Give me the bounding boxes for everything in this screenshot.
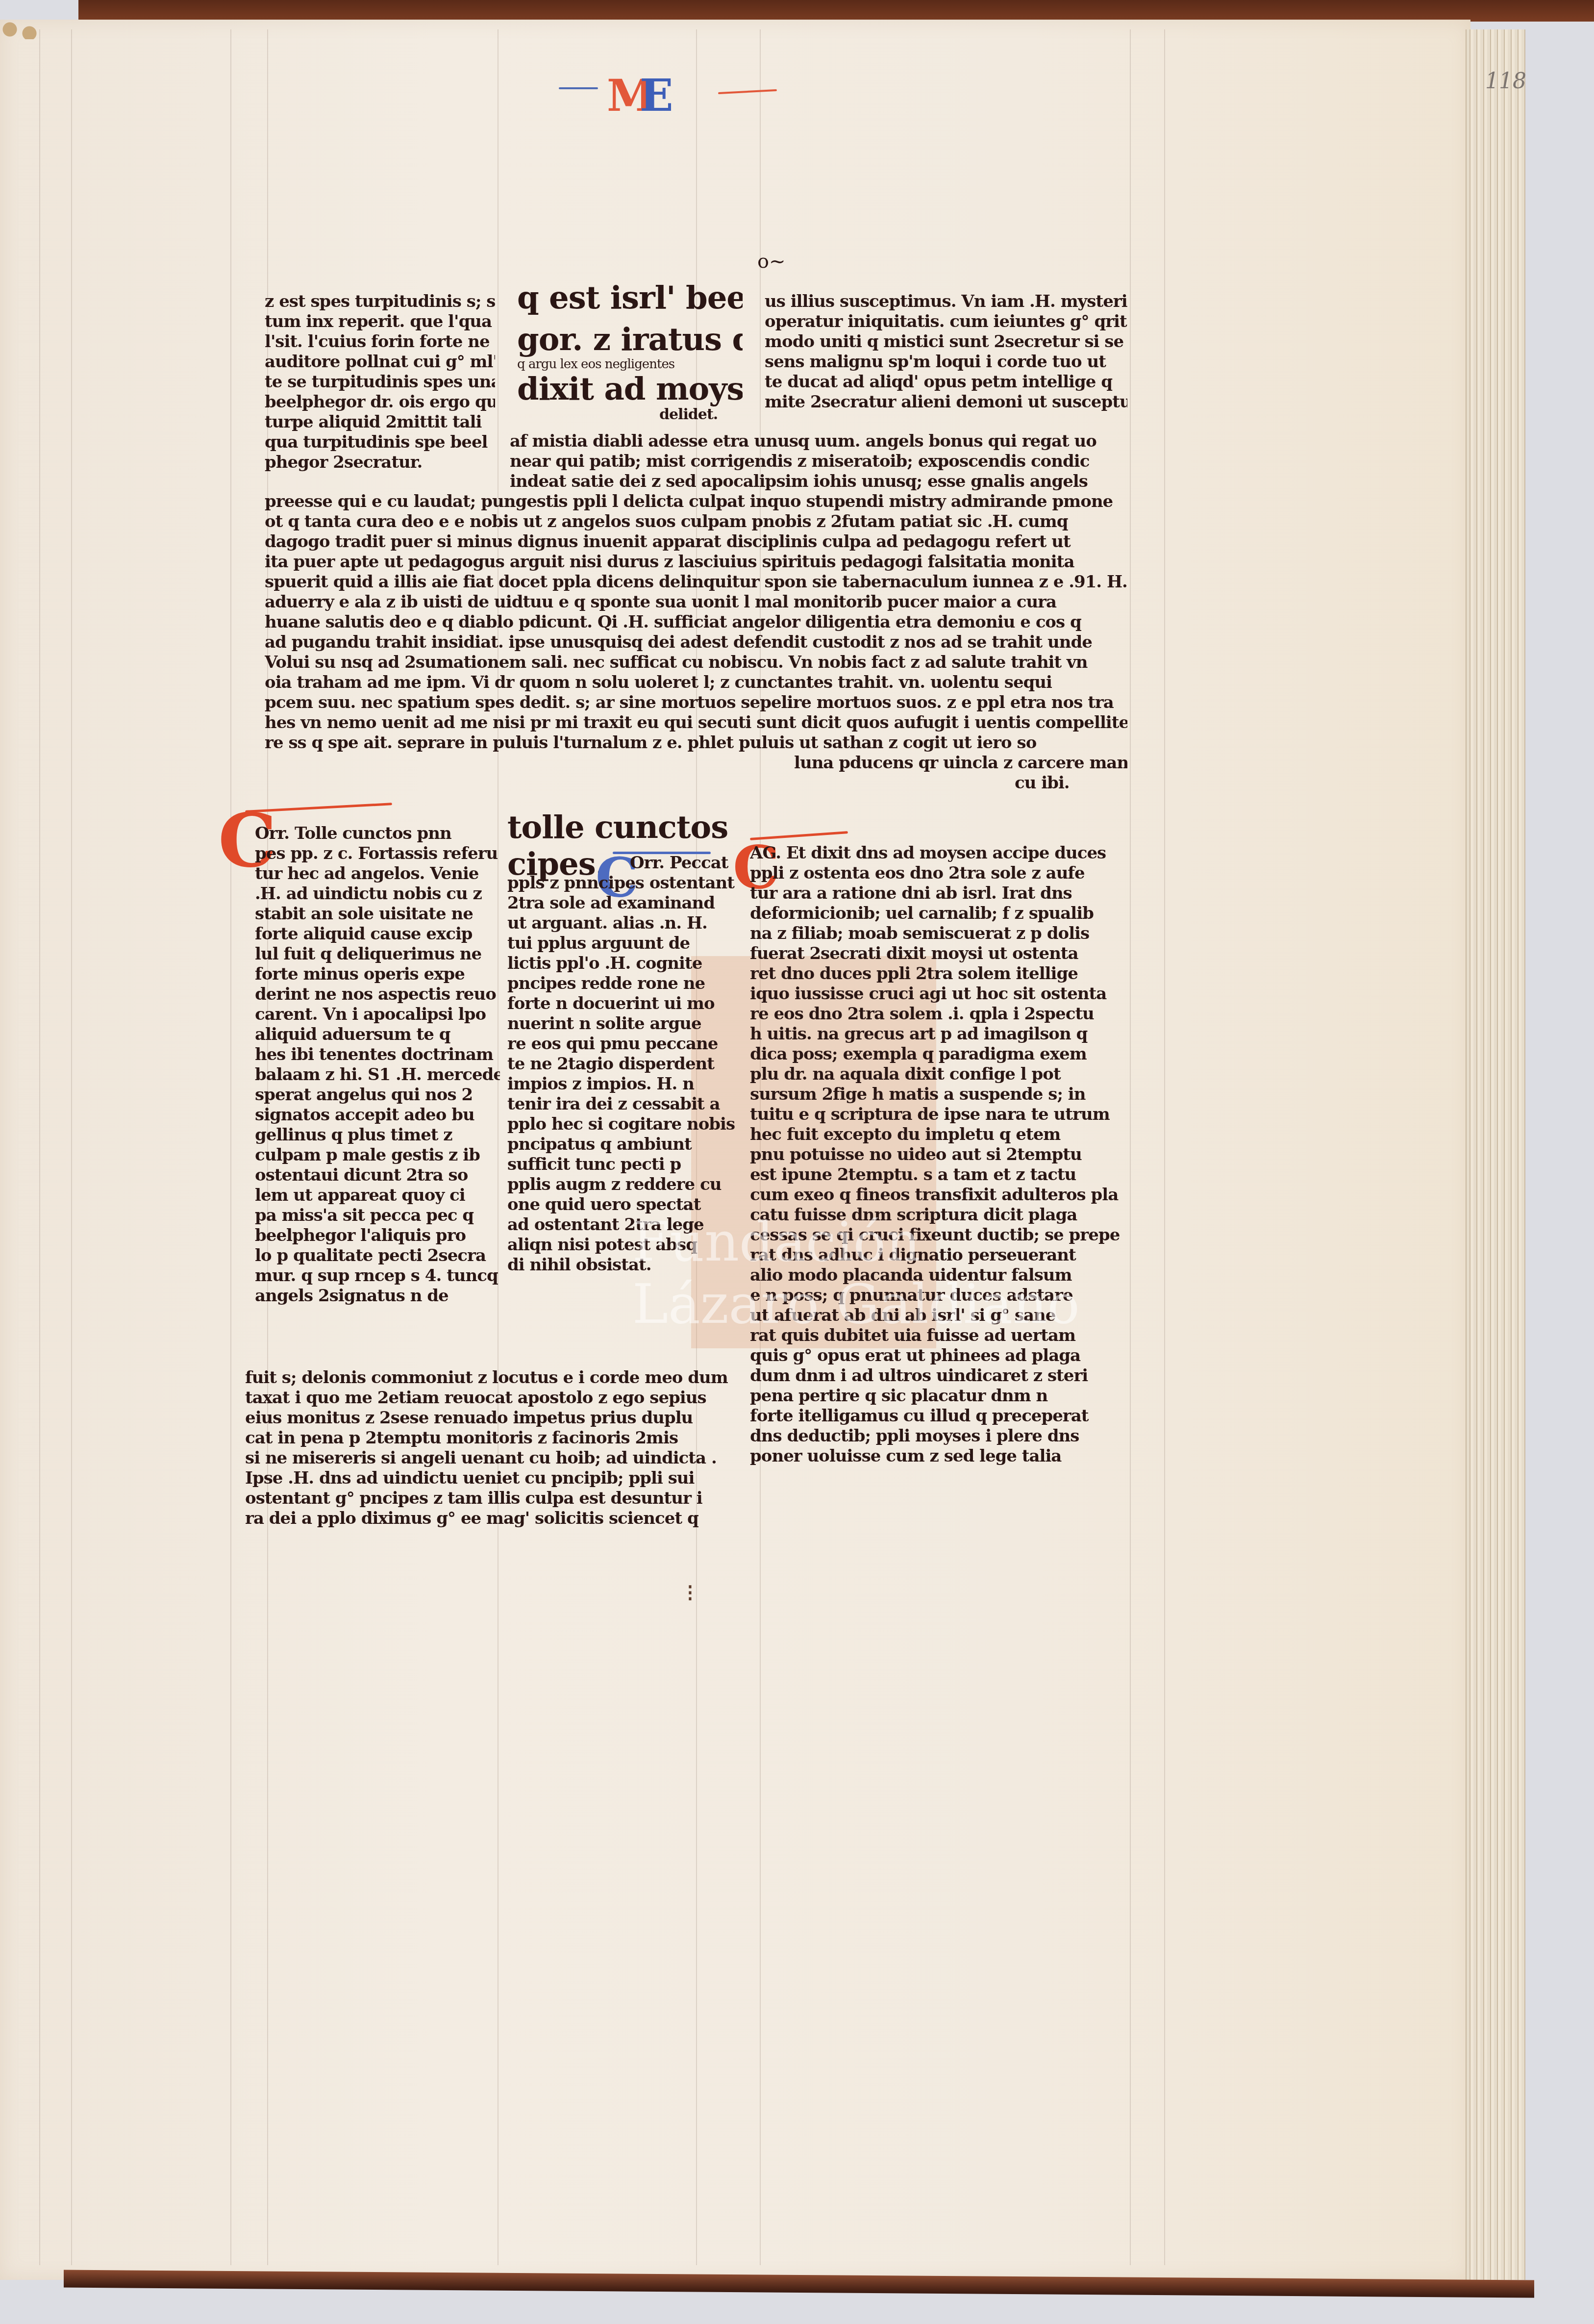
gloss-line: pplo hec si cogitare nobis [507,1114,738,1135]
gloss-line: catu fuisse dnm scriptura dicit plaga [750,1205,1132,1225]
gloss-line: te ducat ad aliqd' opus petm intellige q [765,372,1127,392]
gloss-line: turpe aliquid 2mittit tali [265,412,495,432]
gloss-line: spuerit quid a illis aie fiat docet ppla… [265,572,1127,592]
gloss-line: ra dei a pplo diximus g° ee mag' solicit… [245,1509,735,1529]
gloss-line: preesse qui e cu laudat; pungestis ppli … [265,492,1127,512]
gloss-line: rat dns adhuc i dignatio perseuerant [750,1245,1132,1265]
running-head: M E [549,64,823,137]
gloss-line: dum dnm i ad ultros uindicaret z steri [750,1366,1132,1386]
running-head-letter-e: E [640,74,673,118]
gloss-line: e n poss; q pnunnatur duces adstare [750,1286,1132,1306]
gloss-line: tuitu e q scriptura de ipse nara te utru… [750,1105,1132,1125]
gloss-line: modo uniti q mistici sunt 2secretur si s… [765,332,1127,352]
gloss-line: tur hec ad angelos. Venie [255,864,500,884]
gloss-line: culpam p male gestis z ib [255,1145,500,1165]
gloss-line: signatos accepit adeo bu [255,1105,500,1125]
gloss-line: alio modo placanda uidentur falsum [750,1265,1132,1286]
gloss-line: operatur iniquitatis. cum ieiuntes g° qr… [765,312,1127,332]
gloss-line: re eos qui pmu peccane [507,1034,738,1054]
gloss-line: si ne misereris si angeli uenant cu hoib… [245,1448,735,1468]
gloss-line: beelphegor l'aliquis pro [255,1226,500,1246]
gloss-line: ut arguant. alias .n. H. [507,913,738,934]
gloss-full-width: af mistia diabli adesse etra unusq uum. … [265,431,1127,793]
gloss-line: taxat i quo me 2etiam reuocat apostolo z… [245,1388,735,1408]
gloss-line: re ss q spe ait. seprare in puluis l'tur… [265,733,1127,753]
gloss-line: huane salutis deo e q diablo pdicunt. Qi… [265,612,1127,632]
gloss-line: lem ut appareat quoy ci [255,1186,500,1206]
gloss-line: z est spes turpitudinis s; scp [265,292,495,312]
gloss-line: aliquid aduersum te q [255,1025,500,1045]
gloss-line: beelphegor dr. ois ergo qui [265,392,495,412]
gloss-line: est ipune 2temptu. s a tam et z tactu [750,1165,1132,1185]
gloss-line: tui pplus arguunt de [507,934,738,954]
main-text-line: dixit ad moysen. [517,371,743,407]
gloss-line: Volui su nsq ad 2sumationem sali. nec su… [265,653,1127,673]
gloss-line: cat in pena p 2temptu monitoris z facino… [245,1428,735,1448]
page-deckle-edge [0,20,54,39]
gloss-line: ppli z ostenta eos dno 2tra sole z aufe [750,863,1132,884]
gloss-line: dica poss; exempla q paradigma exem [750,1044,1132,1064]
gloss-line: nuerint n solite argue [507,1014,738,1034]
gloss-line: angels 2signatus n de [255,1286,500,1306]
main-text-line: tolle cunctos pn [507,809,738,846]
gloss-section-3: AG. Et dixit dns ad moysen accipe duces … [750,843,1132,1466]
gloss-line: ret dno duces ppli 2tra solem itellige [750,964,1132,984]
gloss-line: near qui patib; mist corrigendis z miser… [265,452,1127,472]
gloss-line: deformicionib; uel carnalib; f z spualib [750,904,1132,924]
gloss-line: sens malignu sp'm loqui i corde tuo ut [765,352,1127,372]
gloss-line: pcem suu. nec spatium spes dedit. s; ar … [265,693,1127,713]
gloss-line: impios z impios. H. n [507,1074,738,1094]
gloss-line: lo p qualitate pecti 2secra [255,1246,500,1266]
gloss-line: te ne 2tagio disperdent [507,1054,738,1074]
gloss-line: cum exeo q fineos transfixit adulteros p… [750,1185,1132,1205]
gloss-line: quis g° opus erat ut phinees ad plaga [750,1346,1132,1366]
gloss-line: af mistia diabli adesse etra unusq uum. … [265,431,1127,452]
book-cover-top [78,0,1594,22]
gloss-line: fuerat 2secrati dixit moysi ut ostenta [750,944,1132,964]
gloss-line: ut afuerat ab dni ab isrl' si g° sane [750,1306,1132,1326]
gloss-line: pncipes redde rone ne [507,974,738,994]
gloss-line: na z filiab; moab semiscuerat z p dolis [750,924,1132,944]
gloss-line: h uitis. na grecus art p ad imagilson q [750,1024,1132,1044]
marginal-word: delidet. [517,407,743,422]
gloss-line: l'sit. l'cuius forin forte ne [265,332,495,352]
gloss-line: forte itelligamus cu illud q preceperat [750,1406,1132,1426]
gloss-line: gellinus q plus timet z [255,1125,500,1145]
gloss-line: iquo iussisse cruci agi ut hoc sit osten… [750,984,1132,1004]
top-mark: o~ [757,250,786,273]
gloss-line: ot q tanta cura deo e e nobis ut z angel… [265,512,1127,532]
gloss-line: forte minus operis expe [255,964,500,985]
folio-number: 118 [1485,69,1526,94]
gloss-line: lictis ppl'o .H. cognite [507,954,738,974]
gloss-line: hes ibi tenentes doctrinam [255,1045,500,1065]
gloss-line: balaam z hi. S1 .H. mercede [255,1065,500,1085]
gloss-line: lul fuit q deliquerimus ne [255,944,500,964]
gloss-line: one quid uero spectat [507,1195,738,1215]
gloss-line: .H. ad uindictu nobis cu z [255,884,500,904]
gloss-line: sperat angelus qui nos 2 [255,1085,500,1105]
gloss-line: stabit an sole uisitate ne [255,904,500,924]
gloss-line: dns deductib; ppli moyses i plere dns [750,1426,1132,1446]
main-text-top: q est isrl' beelphe gor. z iratus dns q … [517,279,743,422]
gloss-line: poner uoluisse cum z sed lege talia [750,1446,1132,1466]
gloss-line: ad pugandu trahit insidiat. ipse unusqui… [265,632,1127,653]
gloss-line: Ipse .H. dns ad uindictu ueniet cu pncip… [245,1468,735,1489]
book-fore-edge [1466,29,1525,2280]
gloss-line: oia traham ad me ipm. Vi dr quom n solu … [265,673,1127,693]
gloss-line: fuit s; delonis commoniut z locutus e i … [245,1368,735,1388]
interlinear-gloss: q argu lex eos negligentes [517,358,743,371]
gloss-line: hes vn nemo uenit ad me nisi pr mi traxi… [265,713,1127,733]
gloss-line: forte n docuerint ui mo [507,994,738,1014]
gloss-line: luna pducens qr uincla z carcere manent [265,753,1127,773]
gloss-line: pplis augm z reddere cu [507,1175,738,1195]
gloss-line: ad ostentant 2tra lege [507,1215,738,1235]
gloss-line: ppls z pnncipes ostentant [507,873,738,893]
gloss-line: pa miss'a sit pecca pec q [255,1206,500,1226]
gloss-line: AG. Et dixit dns ad moysen accipe duces [750,843,1132,863]
gloss-line: tum inx reperit. que l'qua [265,312,495,332]
bottom-mark: ⁝ [686,1579,694,1607]
gloss-line: tur ara a ratione dni ab isrl. Irat dns [750,884,1132,904]
gloss-line: plu dr. na aquala dixit confige l pot [750,1064,1132,1085]
gloss-line: pncipatus q ambiunt [507,1135,738,1155]
gloss-line: sufficit tunc pecti p [507,1155,738,1175]
gloss-line: mite 2secratur alieni demoni ut susceptu [765,392,1127,412]
gloss-line: di nihil obsistat. [507,1255,738,1275]
gloss-line: pes pp. z c. Fortassis referu [255,844,500,864]
gloss-line: aduerry e ala z ib uisti de uidtuu e q s… [265,592,1127,612]
gloss-section-1: Orr. Tolle cunctos pnn pes pp. z c. Fort… [255,824,500,1306]
gloss-line: pnu potuisse no uideo aut si 2temptu [750,1145,1132,1165]
gloss-line: dagogo tradit puer si minus dignus inuen… [265,532,1127,552]
gloss-line: carent. Vn i apocalipsi lpo [255,1005,500,1025]
ruling-line [1164,29,1165,2265]
gloss-line: indeat satie dei z sed apocalipsim iohis… [265,472,1127,492]
gloss-line: Orr. Tolle cunctos pnn [255,824,500,844]
main-text-line: gor. z iratus dns [517,321,743,358]
gloss-section-2: Orr. Peccat ppls z pnncipes ostentant 2t… [507,873,738,1275]
gloss-line: cessas se qi cruci fixeunt ductib; se pr… [750,1225,1132,1245]
ruling-line [39,29,40,2265]
gloss-line: forte aliquid cause excip [255,924,500,944]
gloss-line: aliqn nisi potest absq [507,1235,738,1255]
gloss-line: pena pertire q sic placatur dnm n [750,1386,1132,1406]
gloss-line: Orr. Peccat [507,853,738,873]
gloss-line: auditore pollnat cui g° ml' [265,352,495,372]
gloss-line: re eos dno 2tra solem .i. qpla i 2spectu [750,1004,1132,1024]
gloss-line: ostentant g° pncipes z tam illis culpa e… [245,1489,735,1509]
gloss-bottom: fuit s; delonis commoniut z locutus e i … [245,1368,735,1529]
gloss-line: ita puer apte ut pedagogus arguit nisi d… [265,552,1127,572]
gloss-line: us illius susceptimus. Vn iam .H. myster… [765,292,1127,312]
gloss-line: derint ne nos aspectis reuo [255,985,500,1005]
gloss-line: sursum 2fige h matis a suspende s; in [750,1085,1132,1105]
gloss-line: eius monitus z 2sese renuado impetus pri… [245,1408,735,1428]
main-text-line: q est isrl' beelphe [517,279,743,316]
gloss-line-end: cu ibi. [265,773,1127,793]
gloss-line: rat quis dubitet uia fuisse ad uertam [750,1326,1132,1346]
gloss-line: ostentaui dicunt 2tra so [255,1165,500,1186]
gloss-line: 2tra sole ad examinand [507,893,738,913]
running-head-squiggle [718,89,777,94]
gloss-right-top: us illius susceptimus. Vn iam .H. myster… [765,292,1127,412]
ruling-line [230,29,231,2265]
gloss-line: hec fuit excepto du impletu q etem [750,1125,1132,1145]
gloss-line: mur. q sup rncep s 4. tuncq [255,1266,500,1286]
ruling-line [71,29,72,2265]
running-head-flourish [559,87,598,89]
gloss-line: te se turpitudinis spes una [265,372,495,392]
gloss-line: tenir ira dei z cessabit a [507,1094,738,1114]
